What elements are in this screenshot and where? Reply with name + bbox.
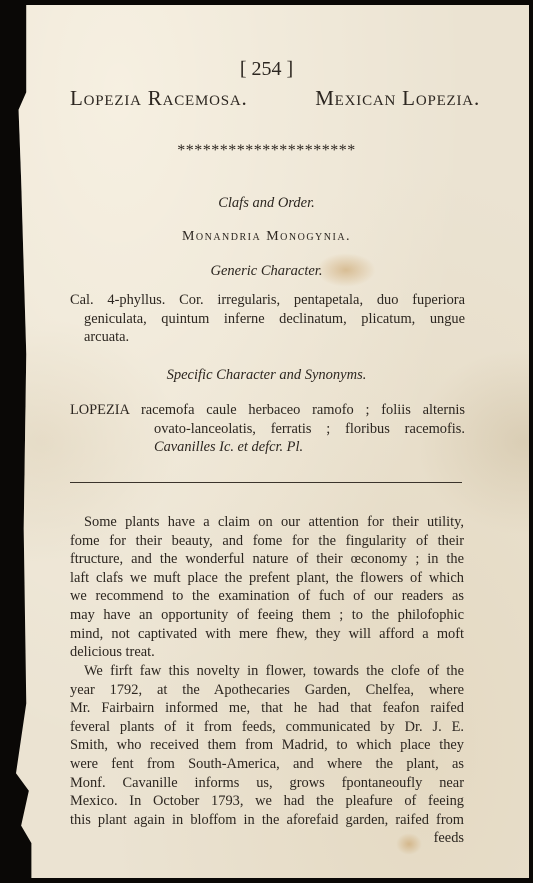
page-number: [ 254 ] [0,58,533,81]
body-line: may have an opportunity of feeing them ;… [70,606,464,625]
paragraph-2: We firft faw this novelty in flower, tow… [70,662,464,848]
generic-heading: Generic Character. [0,263,533,280]
body-line: Mr. Fairbairn informed me, that he had t… [70,699,464,718]
body-line: ftructure, and the wonderful nature of t… [70,550,464,569]
section-rule [70,482,462,483]
specific-line: LOPEZIA racemofa caule herbaceo ramofo ;… [70,401,465,420]
generic-character: Cal. 4-phyllus. Cor. irregularis, pentap… [70,291,465,347]
specific-line: Cavanilles Ic. et defcr. Pl. [70,438,465,457]
title-english: Mexican Lopezia. [315,86,480,111]
class-heading: Clafs and Order. [0,195,533,212]
body-line: We firft faw this novelty in flower, tow… [70,662,464,681]
body-line: fome for their beauty, and fome for the … [70,532,464,551]
body-line: feveral plants of it from feeds, communi… [70,718,464,737]
specific-character: LOPEZIA racemofa caule herbaceo ramofo ;… [70,401,465,457]
body-line: Smith, who received them from Madrid, to… [70,736,464,755]
body-line: Monf. Cavanille informs us, grows fponta… [70,774,464,793]
class-value: Monandria Monogynia. [0,229,533,245]
body-line: this plant again in bloffom in the afore… [70,811,464,830]
paragraph-1: Some plants have a claim on our attentio… [70,513,464,662]
specific-heading: Specific Character and Synonyms. [0,367,533,384]
body-line: we recommend to the examination of fuch … [70,587,464,606]
body-line: year 1792, at the Apothecaries Garden, C… [70,681,464,700]
body-line: were fent from South-America, and where … [70,755,464,774]
generic-line: Cal. 4-phyllus. Cor. irregularis, pentap… [70,291,465,310]
generic-line: arcuata. [70,328,465,347]
body-line: mind, not captivated with mere fhew, the… [70,625,464,644]
body-line: Some plants have a claim on our attentio… [70,513,464,532]
body-line: laft clafs we muft place the prefent pla… [70,569,464,588]
body-line: Mexico. In October 1793, we had the plea… [70,792,464,811]
specific-line: ovato-lanceolatis, ferratis ; floribus r… [70,420,465,439]
catchword: feeds [70,829,464,848]
ornament-divider: ********************* [0,142,533,160]
body-line: delicious treat. [70,643,464,662]
page-title: Lopezia Racemosa. Mexican Lopezia. [70,86,480,111]
generic-line: geniculata, quintum inferne declinatum, … [70,310,465,329]
title-latin: Lopezia Racemosa. [70,86,248,111]
